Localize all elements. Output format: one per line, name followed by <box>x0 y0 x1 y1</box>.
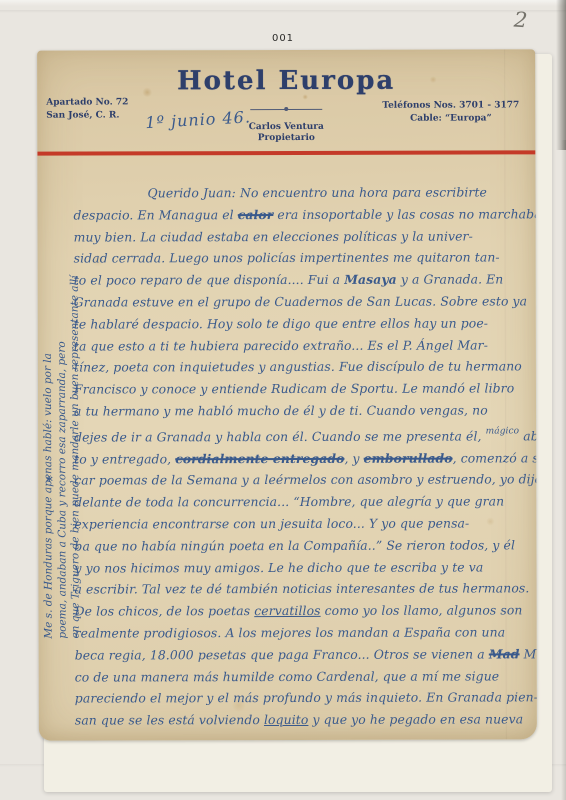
letter-line: experiencia encontrarse con un jesuita l… <box>74 512 537 535</box>
letter-line: tínez, poeta con inquietudes y angustias… <box>74 356 537 379</box>
letterhead-po-box: Apartado No. 72 <box>46 96 128 109</box>
letter-line: te hablaré despacio. Hoy solo te digo qu… <box>74 312 537 335</box>
margin-note-line: en que Triguero de bien puede mandarle u… <box>68 169 83 639</box>
margin-note-line: Me s. de Honduras porque apenas hablé: v… <box>41 169 56 639</box>
letterhead-hotel-name: Hotel Europa <box>37 65 535 96</box>
letter-line: to y entregado, cordialmente entregado, … <box>74 447 537 470</box>
letter-line: sidad cerrada. Luego unos policías imper… <box>74 247 537 270</box>
letterhead-city: San José, C. R. <box>46 109 128 122</box>
letter-line: Granada estuve en el grupo de Cuadernos … <box>74 290 537 313</box>
letter-line: car poemas de la Semana y a leérmelos co… <box>74 469 537 492</box>
letter-line: Querido Juan: No encuentro una hora para… <box>73 181 536 204</box>
letter-line: realmente prodigiosos. A los mejores los… <box>75 621 537 644</box>
letter-line: a escribir. Tal vez te dé también notici… <box>74 578 536 601</box>
scanned-letter-page: 001 2 Hotel Europa Apartado No. 72 San J… <box>0 0 566 800</box>
scan-sequence-label: 001 <box>0 33 566 44</box>
margin-note-line: poema, andaban a Cuba y recorro esa zapa… <box>55 169 70 639</box>
red-rule <box>37 150 535 155</box>
pencil-page-number: 2 <box>513 8 528 33</box>
letter-line: De los chicos, de los poetas cervatillos… <box>75 599 537 622</box>
letterhead-divider-ornament <box>250 109 322 110</box>
letter-line: a tu hermano y me habló mucho de él y de… <box>74 399 537 422</box>
letter-line: pareciendo el mejor y el más profundo y … <box>75 687 537 710</box>
margin-note-vertical: Me s. de Honduras porque apenas hablé: v… <box>41 169 83 639</box>
letter-line: Francisco y conoce y entiende Rudicam de… <box>74 378 537 401</box>
letter-sheet: Hotel Europa Apartado No. 72 San José, C… <box>37 49 537 740</box>
letter-line: y yo nos hicimos muy amigos. Le he dicho… <box>74 556 536 579</box>
letter-line: ta que esto a ti te hubiera parecido ext… <box>74 334 537 357</box>
letterhead-proprietor-block: Carlos Ventura Propietario <box>37 121 535 144</box>
letterhead-phones: Teléfonos Nos. 3701 - 3177 <box>382 99 519 112</box>
letter-line: muy bien. La ciudad estaba en elecciones… <box>74 225 537 248</box>
letter-line: co de una manera más humilde como Carden… <box>75 665 537 688</box>
margin-asterisk: * <box>46 475 53 490</box>
letter-body: Querido Juan: No encuentro una hora para… <box>73 181 536 731</box>
letter-line: san que se les está volviendo loquito y … <box>75 708 537 731</box>
scan-edge-shadow-lower <box>561 140 566 800</box>
letter-line: despacio. En Managua el calor era insopo… <box>74 203 537 226</box>
letterhead-address-block: Apartado No. 72 San José, C. R. <box>46 96 128 122</box>
letterhead-proprietor-title: Propietario <box>37 132 535 144</box>
letter-line: ba que no había ningún poeta en la Compa… <box>74 534 537 557</box>
letter-line: dejes de ir a Granada y habla con él. Cu… <box>74 421 537 448</box>
letter-line: beca regia, 18.000 pesetas que paga Fran… <box>75 643 537 666</box>
letter-line: delante de toda la concurrencia... “Homb… <box>74 490 537 513</box>
letter-line: to el poco reparo de que disponía.... Fu… <box>74 269 537 292</box>
scan-edge-shadow <box>556 0 566 150</box>
